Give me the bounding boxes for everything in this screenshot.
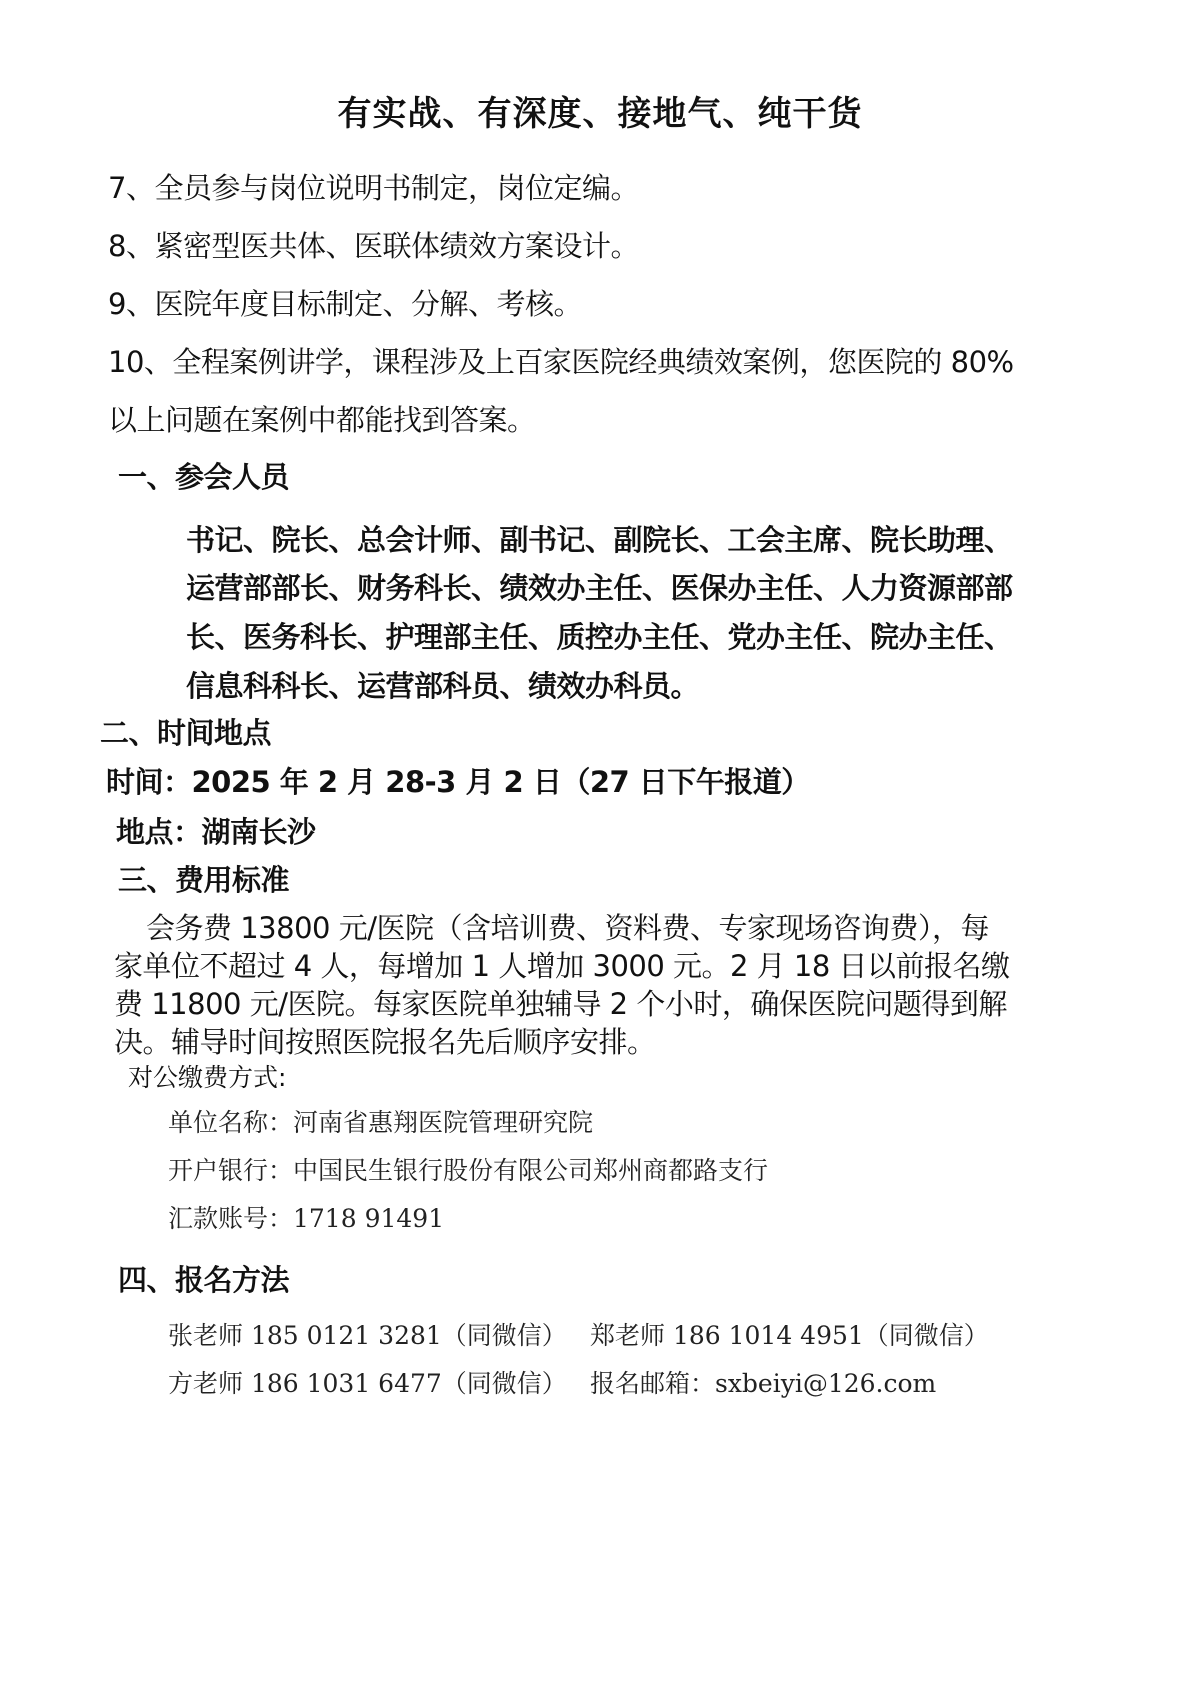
list-item-7: 7、全员参与岗位说明书制定，岗位定编。 (108, 166, 639, 207)
payment-method-label: 对公缴费方式: (128, 1058, 286, 1094)
list-item-9: 9、医院年度目标制定、分解、考核。 (108, 282, 582, 323)
contact-zhang: 张老师 185 0121 3281（同微信） (168, 1316, 567, 1352)
attendees-line-4: 信息科科长、运营部科员、绩效办科员。 (186, 664, 699, 705)
fee-line-1: 会务费 13800 元/医院（含培训费、资料费、专家现场咨询费），每 (146, 906, 989, 947)
registration-email[interactable]: 报名邮箱：sxbeiyi@126.com (590, 1364, 936, 1400)
list-item-10: 10、全程案例讲学，课程涉及上百家医院经典绩效案例，您医院的 80% (108, 340, 1014, 381)
fee-line-2: 家单位不超过 4 人，每增加 1 人增加 3000 元。2 月 18 日以前报名… (114, 944, 1010, 985)
section-heading-time-location: 二、时间地点 (100, 711, 271, 752)
fee-line-4: 决。辅导时间按照医院报名先后顺序安排。 (114, 1020, 656, 1061)
contact-zheng: 郑老师 186 1014 4951（同微信） (590, 1316, 989, 1352)
event-time: 时间：2025 年 2 月 28-3 月 2 日（27 日下午报道） (106, 760, 810, 801)
page-title: 有实战、有深度、接地气、纯干货 (0, 86, 1200, 135)
contact-fang: 方老师 186 1031 6477（同微信） (168, 1364, 567, 1400)
payment-bank: 开户银行：中国民生银行股份有限公司郑州商都路支行 (168, 1151, 768, 1187)
section-heading-attendees: 一、参会人员 (118, 455, 289, 496)
attendees-line-3: 长、医务科长、护理部主任、质控办主任、党办主任、院办主任、 (186, 615, 1013, 656)
fee-line-3: 费 11800 元/医院。每家医院单独辅导 2 个小时，确保医院问题得到解 (114, 982, 1007, 1023)
section-heading-registration: 四、报名方法 (118, 1258, 289, 1299)
section-heading-fees: 三、费用标准 (118, 858, 289, 899)
attendees-line-2: 运营部部长、财务科长、绩效办主任、医保办主任、人力资源部部 (186, 566, 1013, 607)
payment-unit-name: 单位名称：河南省惠翔医院管理研究院 (168, 1103, 593, 1139)
list-item-10-continued: 以上问题在案例中都能找到答案。 (108, 398, 536, 439)
list-item-8: 8、紧密型医共体、医联体绩效方案设计。 (108, 224, 639, 265)
payment-account: 汇款账号：1718 91491 (168, 1199, 444, 1235)
document-page: 有实战、有深度、接地气、纯干货 7、全员参与岗位说明书制定，岗位定编。 8、紧密… (0, 0, 1200, 1697)
attendees-line-1: 书记、院长、总会计师、副书记、副院长、工会主席、院长助理、 (186, 518, 1013, 559)
event-location: 地点：湖南长沙 (116, 810, 316, 851)
